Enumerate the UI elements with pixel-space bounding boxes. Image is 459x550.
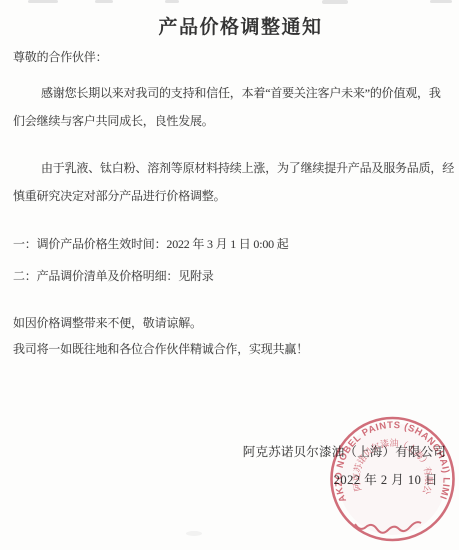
scan-artifact [322,0,348,4]
scan-artifact [28,0,58,3]
document-title: 产品价格调整通知 [22,12,459,39]
paragraph-line: 慎重研究决定对部分产品进行价格调整。 [13,187,225,204]
company-name: 阿克苏诺贝尔漆油（上海）有限公司 [243,442,446,460]
scan-artifact [430,0,452,3]
closing-line: 如因价格调整带来不便，敬请谅解。 [13,314,202,331]
signature-block: 阿克苏诺贝尔漆油（上海）有限公司 2022 年 2 月 10 日 [243,442,446,488]
list-item-effective-date: 一：调价产品价格生效时间：2022 年 3 月 1 日 0:00 起 [13,235,289,252]
paragraph-line: 们会继续与客户共同成长，良性发展。 [13,112,214,129]
stamp-wave-decoration [355,522,421,533]
list-item-price-detail: 二：产品调价清单及价格明细：见附录 [13,267,214,284]
paragraph-line: 感谢您长期以来对我司的支持和信任，本着“首要关注客户未来”的价值观，我 [41,84,441,101]
closing-line: 我司将一如既往地和各位合作伙伴精诚合作，实现共赢！ [13,340,308,357]
document-page: 产品价格调整通知 尊敬的合作伙伴： 感谢您长期以来对我司的支持和信任，本着“首要… [0,0,459,550]
scan-artifact [95,0,113,3]
scan-artifact [165,0,179,3]
scan-artifact [186,531,202,536]
salutation: 尊敬的合作伙伴： [13,48,107,65]
document-date: 2022 年 2 月 10 日 [243,470,446,488]
paragraph-line: 由于乳液、钛白粉、溶剂等原材料持续上涨，为了继续提升产品及服务品质，经 [41,159,454,176]
